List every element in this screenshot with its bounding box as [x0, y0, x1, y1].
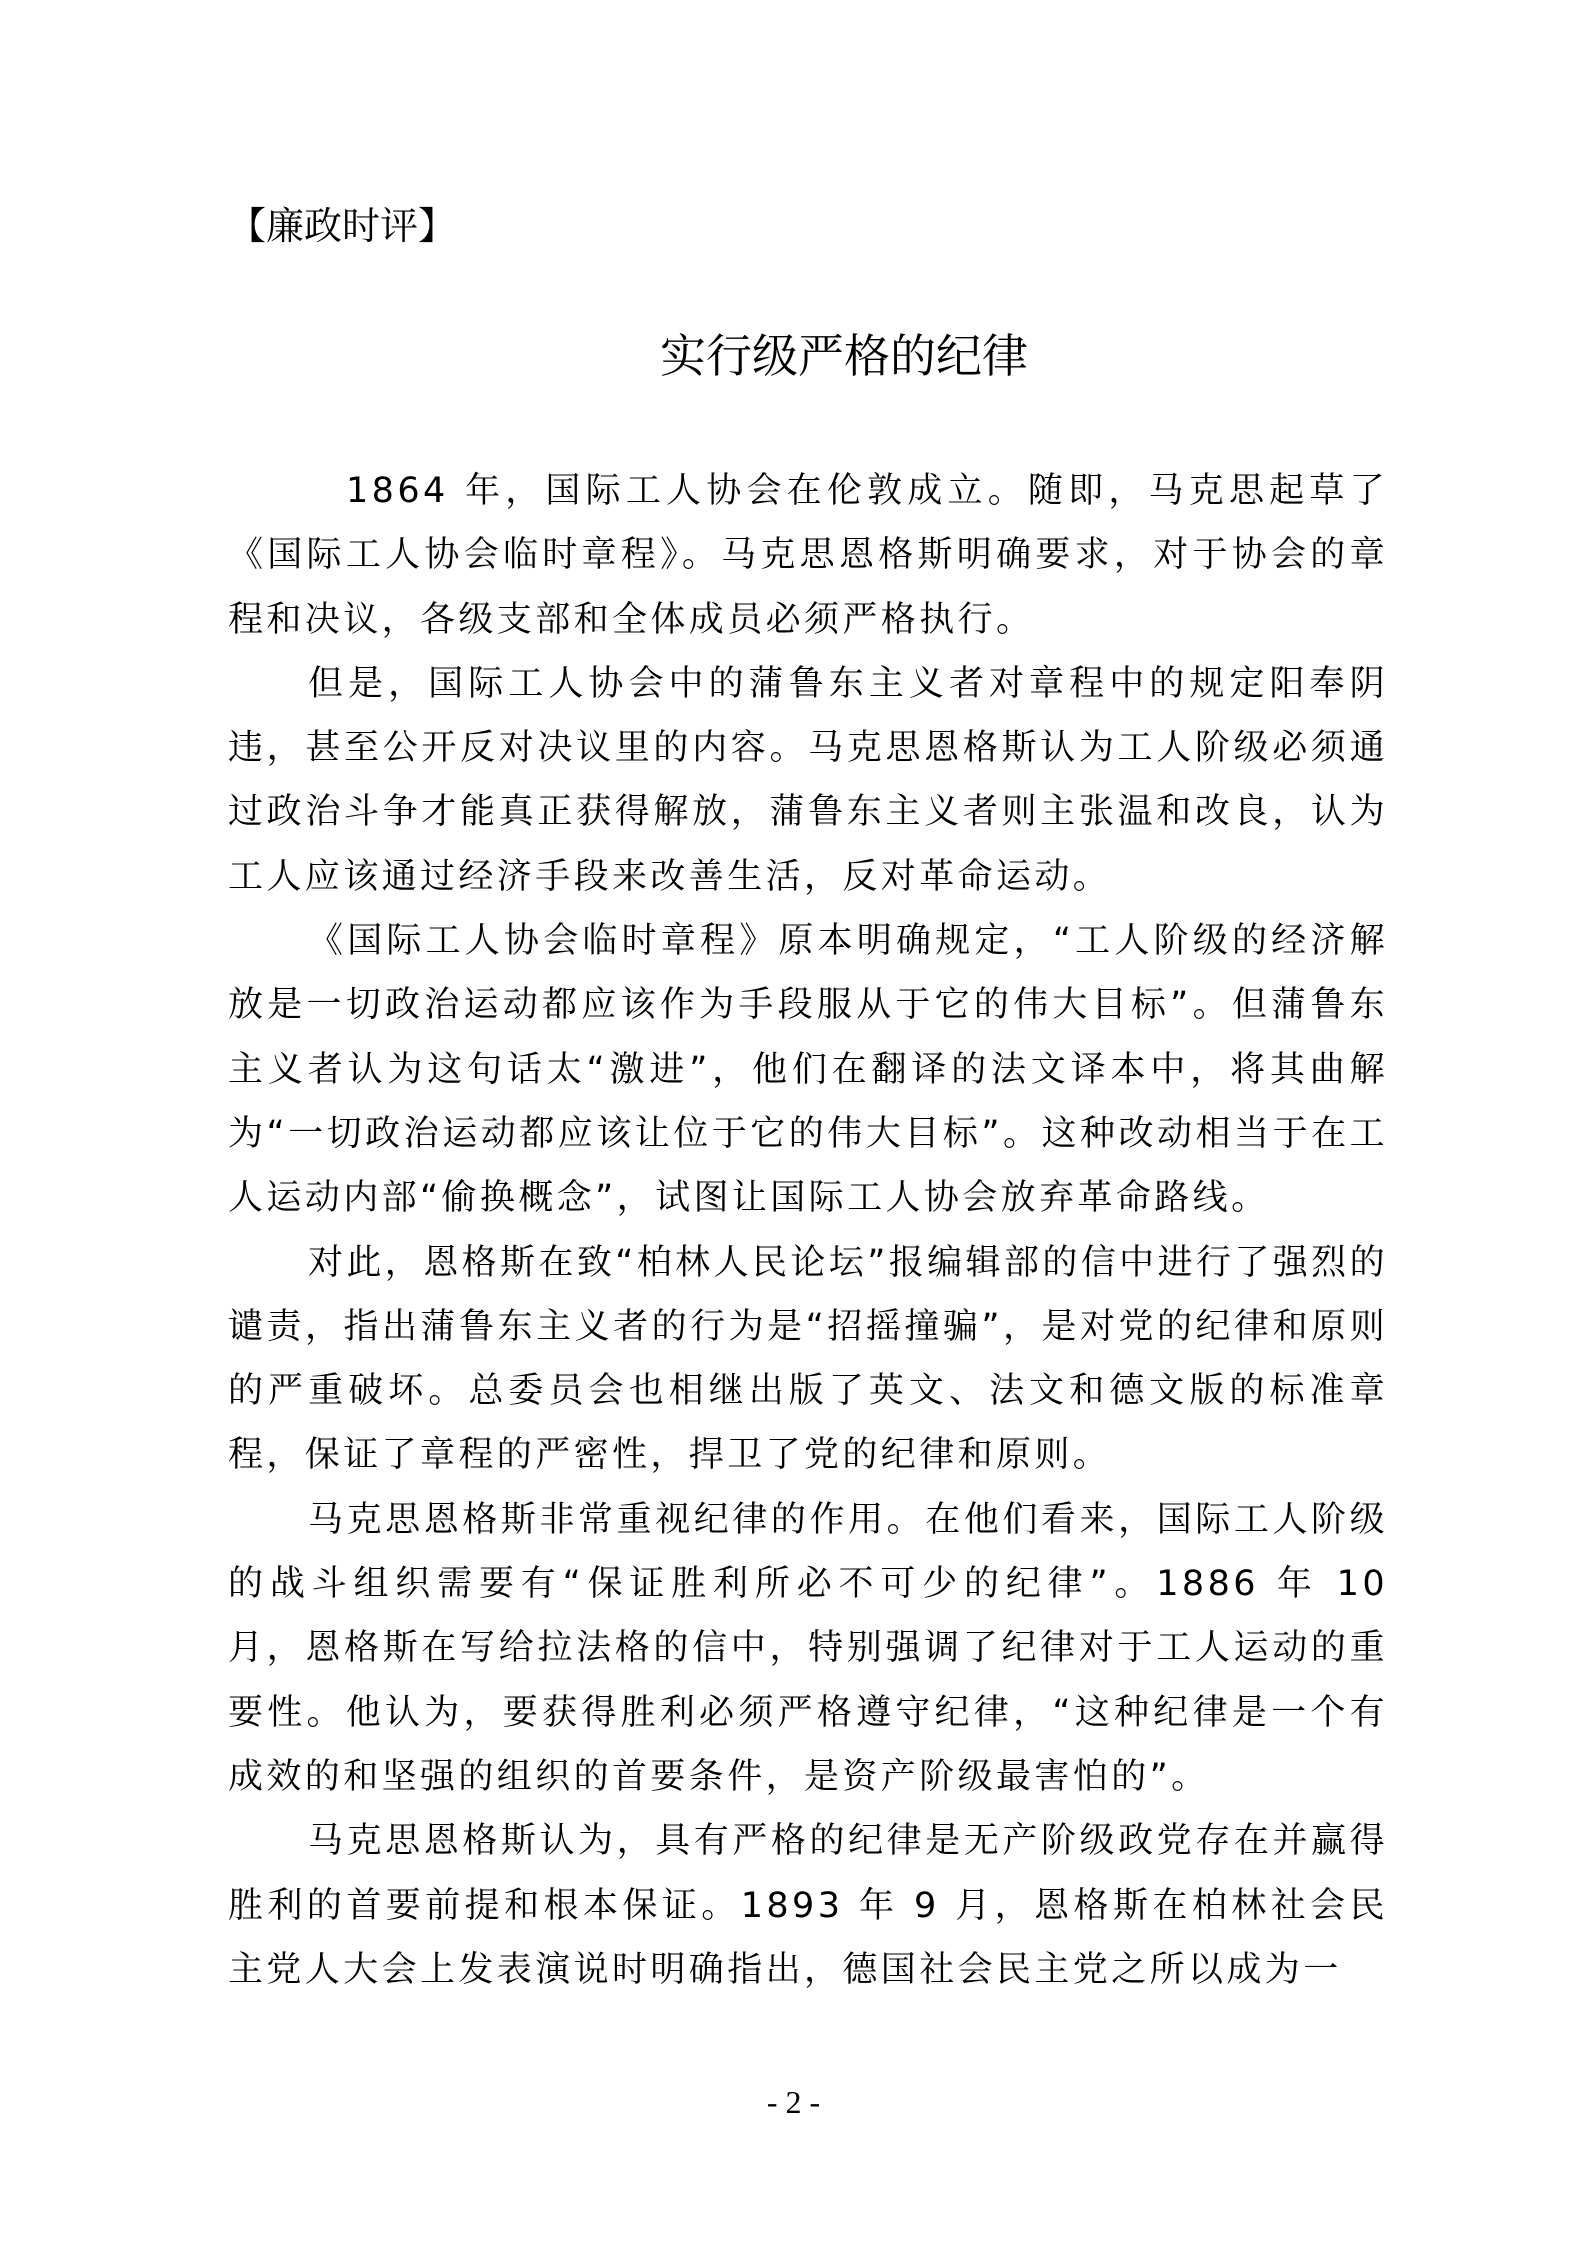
article-title: 实行级严格的纪律: [0, 328, 1587, 384]
paragraph-5: 马克思恩格斯非常重视纪律的作用。在他们看来，国际工人阶级的战斗组织需要有“保证胜…: [228, 1488, 1388, 1809]
paragraph-6: 马克思恩格斯认为，具有严格的纪律是无产阶级政党存在并赢得胜利的首要前提和根本保证…: [228, 1809, 1388, 2002]
paragraph-2: 但是，国际工人协会中的蒲鲁东主义者对章程中的规定阳奉阴违，甚至公开反对决议里的内…: [228, 652, 1388, 909]
column-tag: 【廉政时评】: [228, 202, 456, 250]
article-body: 1864 年，国际工人协会在伦敦成立。随即，马克思起草了《国际工人协会临时章程》…: [228, 459, 1388, 2002]
page-number: - 2 -: [0, 2082, 1587, 2122]
paragraph-1: 1864 年，国际工人协会在伦敦成立。随即，马克思起草了《国际工人协会临时章程》…: [228, 459, 1388, 652]
paragraph-3: 《国际工人协会临时章程》原本明确规定，“工人阶级的经济解放是一切政治运动都应该作…: [228, 909, 1388, 1230]
paragraph-4: 对此，恩格斯在致“柏林人民论坛”报编辑部的信中进行了强烈的谴责，指出蒲鲁东主义者…: [228, 1231, 1388, 1488]
